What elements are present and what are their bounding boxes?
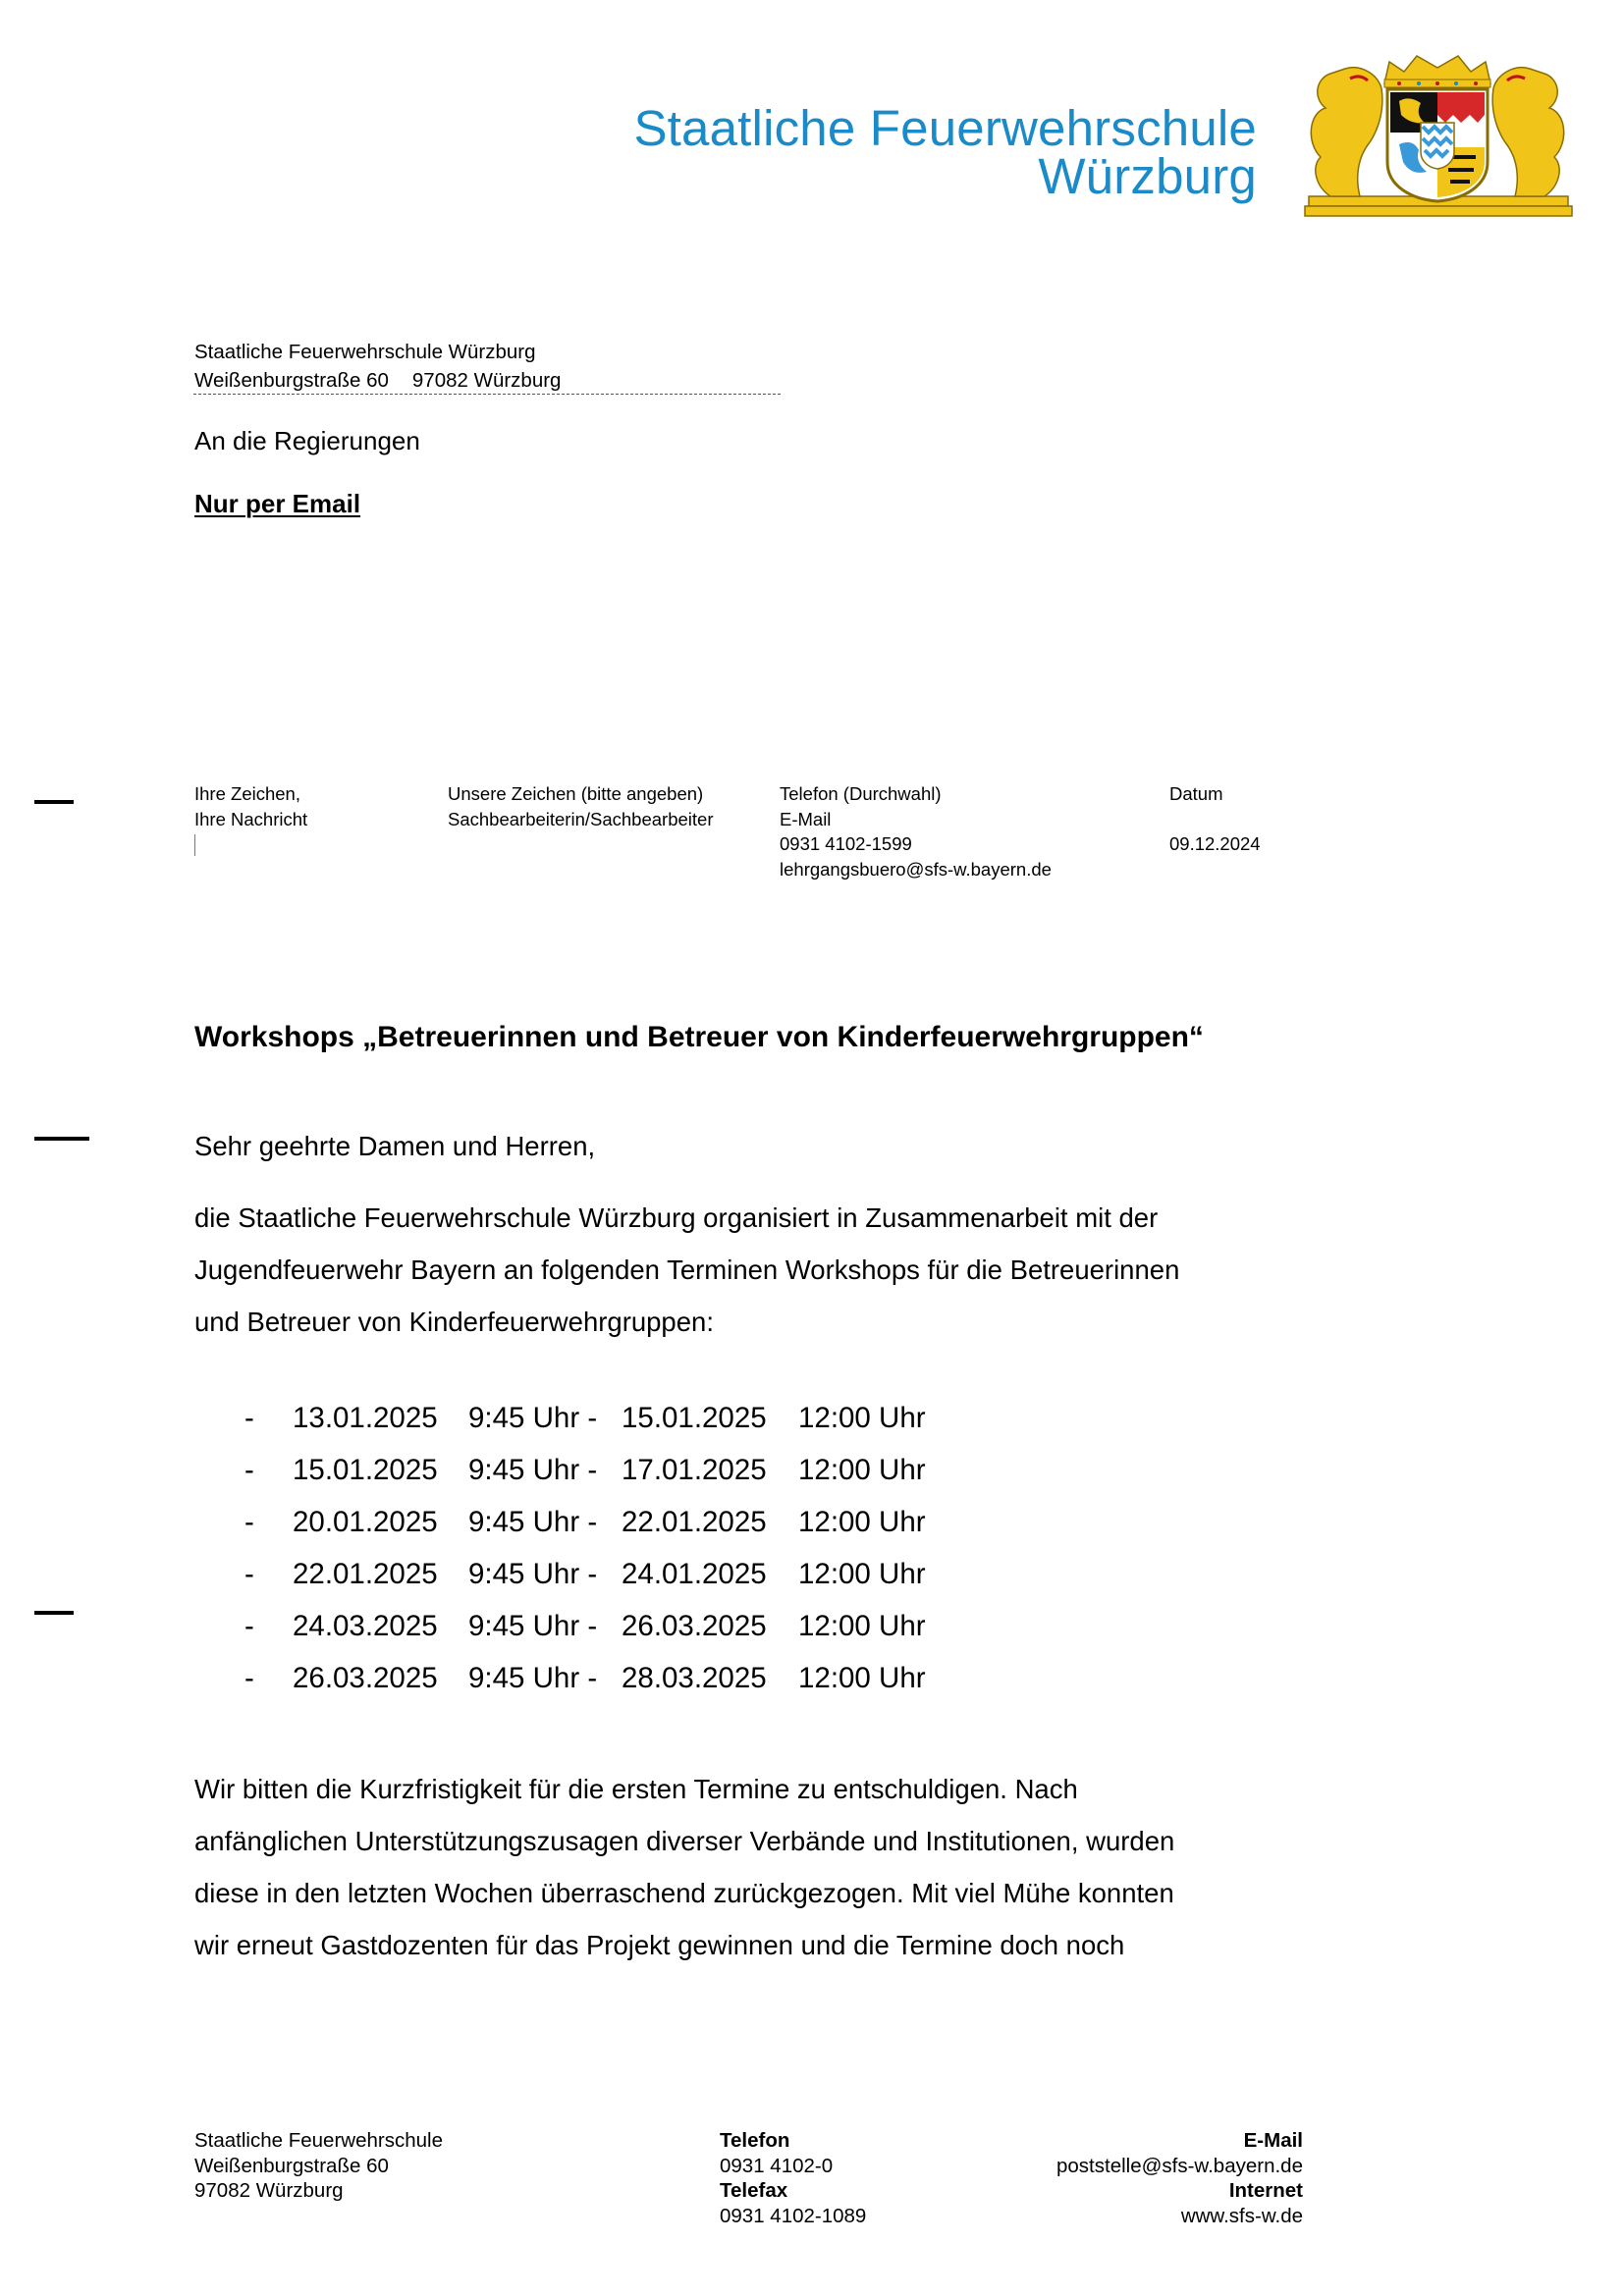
recipient: An die Regierungen <box>194 426 420 456</box>
end-date: 17.01.2025 <box>622 1454 767 1487</box>
start-date: 15.01.2025 <box>293 1454 438 1487</box>
footer-address: Staatliche Feuerwehrschule Weißenburgstr… <box>194 2128 443 2204</box>
ref-contact-email[interactable]: lehrgangsbuero@sfs-w.bayern.de <box>780 857 1052 882</box>
ref-date: Datum 09.12.2024 <box>1169 781 1261 857</box>
punch-mark-center <box>34 1137 89 1141</box>
sender-street-city: Weißenburgstraße 6097082 Würzburg <box>194 366 561 395</box>
sender-divider <box>193 394 781 395</box>
bavarian-coat-of-arms-icon <box>1301 54 1574 221</box>
start-time: 9:45 Uhr - <box>468 1610 597 1643</box>
end-date: 22.01.2025 <box>622 1506 767 1539</box>
start-date: 20.01.2025 <box>293 1506 438 1539</box>
footer-web-value[interactable]: www.sfs-w.de <box>1056 2204 1303 2229</box>
footer-address-line: Staatliche Feuerwehrschule <box>194 2128 443 2154</box>
start-date: 22.01.2025 <box>293 1558 438 1591</box>
footer-email-value[interactable]: poststelle@sfs-w.bayern.de <box>1056 2154 1303 2179</box>
footer-contact: E-Mail poststelle@sfs-w.bayern.de Intern… <box>1056 2128 1303 2228</box>
intro-paragraph: die Staatliche Feuerwehrschule Würzburg … <box>194 1192 1179 1348</box>
end-time: 12:00 Uhr <box>798 1610 926 1643</box>
ref-date-value: 09.12.2024 <box>1169 831 1261 857</box>
footer-address-line: 97082 Würzburg <box>194 2178 443 2204</box>
start-time: 9:45 Uhr - <box>468 1662 597 1695</box>
sender-city: 97082 Würzburg <box>412 369 562 392</box>
footer-web-label: Internet <box>1056 2178 1303 2204</box>
footer-email-label: E-Mail <box>1056 2128 1303 2154</box>
start-time: 9:45 Uhr - <box>468 1506 597 1539</box>
ref-contact: Telefon (Durchwahl) E-Mail 0931 4102-159… <box>780 781 1052 881</box>
text-cursor <box>194 834 195 856</box>
ref-your-reference: Ihre Zeichen, Ihre Nachricht <box>194 781 307 857</box>
end-date: 24.01.2025 <box>622 1558 767 1591</box>
end-time: 12:00 Uhr <box>798 1454 926 1487</box>
end-time: 12:00 Uhr <box>798 1662 926 1695</box>
organization-title-line1: Staatliche Feuerwehrschule <box>633 104 1257 152</box>
greeting: Sehr geehrte Damen und Herren, <box>194 1131 595 1162</box>
bullet: - <box>244 1610 254 1643</box>
end-time: 12:00 Uhr <box>798 1402 926 1435</box>
start-date: 13.01.2025 <box>293 1402 438 1435</box>
sender-address: Staatliche Feuerwehrschule Würzburg Weiß… <box>194 338 561 395</box>
body-line: diese in den letzten Wochen überraschend… <box>194 1867 1174 1919</box>
ref-our-label2: Sachbearbeiterin/Sachbearbeiter <box>448 807 713 832</box>
end-time: 12:00 Uhr <box>798 1506 926 1539</box>
organization-title: Staatliche Feuerwehrschule Würzburg <box>633 104 1257 200</box>
organization-title-line2: Würzburg <box>633 152 1257 200</box>
ref-date-label: Datum <box>1169 781 1261 807</box>
fold-mark-bottom <box>34 1611 74 1615</box>
body-paragraph: Wir bitten die Kurzfristigkeit für die e… <box>194 1763 1174 1971</box>
end-time: 12:00 Uhr <box>798 1558 926 1591</box>
start-time: 9:45 Uhr - <box>468 1558 597 1591</box>
footer-fax-value: 0931 4102-1089 <box>720 2204 866 2229</box>
footer-phone: Telefon 0931 4102-0 Telefax 0931 4102-10… <box>720 2128 866 2228</box>
ref-contact-phone: 0931 4102-1599 <box>780 831 1052 857</box>
bullet: - <box>244 1402 254 1435</box>
body-line: anfänglichen Unterstützungszusagen diver… <box>194 1815 1174 1867</box>
sender-street: Weißenburgstraße 60 <box>194 369 389 392</box>
start-date: 26.03.2025 <box>293 1662 438 1695</box>
bullet: - <box>244 1454 254 1487</box>
footer-phone-label: Telefon <box>720 2128 866 2154</box>
letter-subject: Workshops „Betreuerinnen und Betreuer vo… <box>194 1021 1204 1054</box>
body-line: wir erneut Gastdozenten für das Projekt … <box>194 1919 1174 1971</box>
ref-contact-label1: Telefon (Durchwahl) <box>780 781 1052 807</box>
ref-contact-label2: E-Mail <box>780 807 1052 832</box>
ref-our-label1: Unsere Zeichen (bitte angeben) <box>448 781 713 807</box>
end-date: 26.03.2025 <box>622 1610 767 1643</box>
footer-fax-label: Telefax <box>720 2178 866 2204</box>
sender-name: Staatliche Feuerwehrschule Würzburg <box>194 338 561 366</box>
footer-address-line: Weißenburgstraße 60 <box>194 2154 443 2179</box>
bullet: - <box>244 1662 254 1695</box>
bullet: - <box>244 1506 254 1539</box>
end-date: 15.01.2025 <box>622 1402 767 1435</box>
start-time: 9:45 Uhr - <box>468 1454 597 1487</box>
body-line: Wir bitten die Kurzfristigkeit für die e… <box>194 1763 1174 1815</box>
intro-line: und Betreuer von Kinderfeuerwehrgruppen: <box>194 1296 1179 1348</box>
end-date: 28.03.2025 <box>622 1662 767 1695</box>
ref-our-reference: Unsere Zeichen (bitte angeben) Sachbearb… <box>448 781 713 831</box>
start-time: 9:45 Uhr - <box>468 1402 597 1435</box>
footer-phone-value: 0931 4102-0 <box>720 2154 866 2179</box>
delivery-note: Nur per Email <box>194 489 360 519</box>
intro-line: Jugendfeuerwehr Bayern an folgenden Term… <box>194 1244 1179 1296</box>
start-date: 24.03.2025 <box>293 1610 438 1643</box>
ref-your-label2: Ihre Nachricht <box>194 807 307 832</box>
bullet: - <box>244 1558 254 1591</box>
ref-your-label1: Ihre Zeichen, <box>194 781 307 807</box>
intro-line: die Staatliche Feuerwehrschule Würzburg … <box>194 1192 1179 1244</box>
fold-mark-top <box>34 800 74 804</box>
